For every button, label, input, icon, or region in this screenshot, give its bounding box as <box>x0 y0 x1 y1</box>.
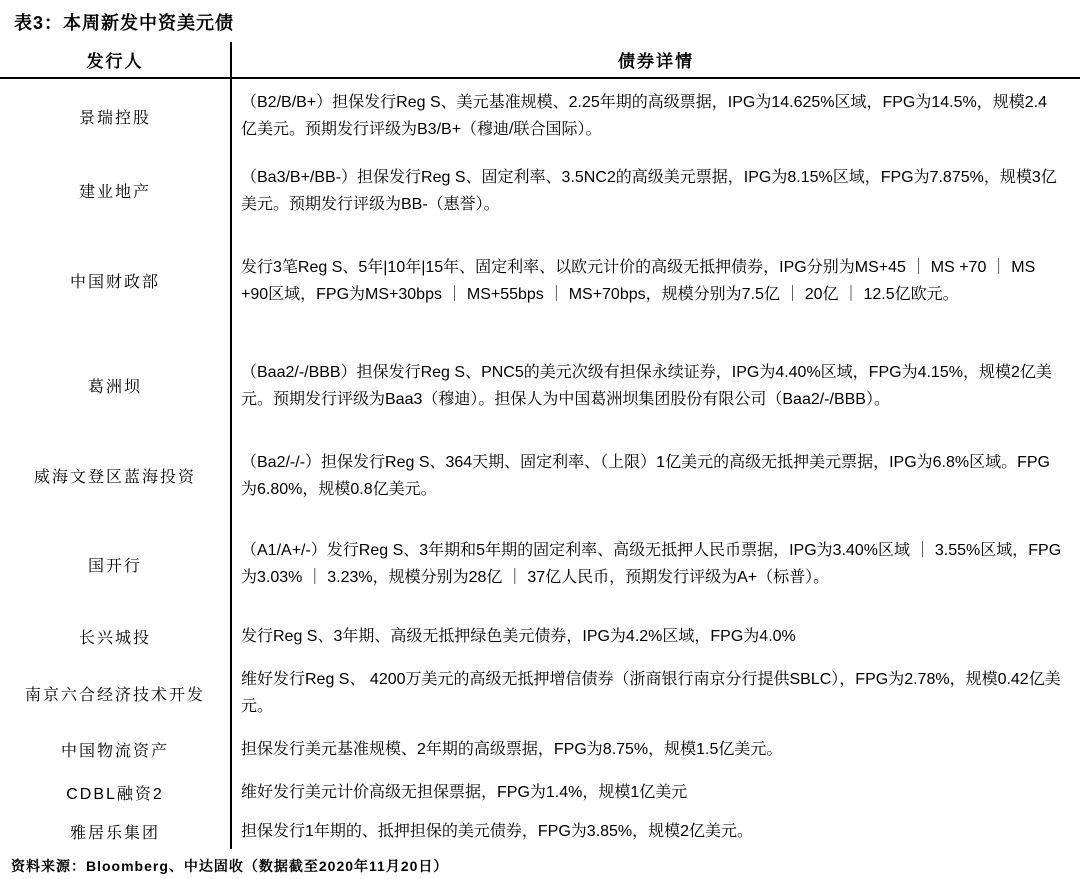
column-header-details: 债券详情 <box>231 42 1080 78</box>
issuer-cell: 中国物流资产 <box>0 728 231 771</box>
table-row: 长兴城投 发行Reg S、3年期、高级无抵押绿色美元债券，IPG为4.2%区域，… <box>0 615 1080 658</box>
issuer-cell: 国开行 <box>0 513 231 615</box>
issuer-cell: 中国财政部 <box>0 228 231 333</box>
issuer-cell: 雅居乐集团 <box>0 813 231 849</box>
table-header-row: 发行人 债券详情 <box>0 42 1080 78</box>
column-header-issuer: 发行人 <box>0 42 231 78</box>
details-cell: 担保发行1年期的、抵押担保的美元债券，FPG为3.85%，规模2亿美元。 <box>231 813 1080 849</box>
table-row: CDBL融资2 维好发行美元计价高级无担保票据，FPG为1.4%，规模1亿美元 <box>0 771 1080 813</box>
table-row: 雅居乐集团 担保发行1年期的、抵押担保的美元债券，FPG为3.85%，规模2亿美… <box>0 813 1080 849</box>
table-row: 景瑞控股 （B2/B/B+）担保发行Reg S、美元基准规模、2.25年期的高级… <box>0 78 1080 153</box>
issuer-cell: CDBL融资2 <box>0 771 231 813</box>
table-row: 国开行 （A1/A+/-）发行Reg S、3年期和5年期的固定利率、高级无抵押人… <box>0 513 1080 615</box>
table-row: 南京六合经济技术开发 维好发行Reg S、 4200万美元的高级无抵押增信债券（… <box>0 658 1080 728</box>
table-row: 中国物流资产 担保发行美元基准规模、2年期的高级票据，FPG为8.75%，规模1… <box>0 728 1080 771</box>
details-cell: （Ba2/-/-）担保发行Reg S、364天期、固定利率、（上限）1亿美元的高… <box>231 438 1080 513</box>
bond-issuance-table: 发行人 债券详情 景瑞控股 （B2/B/B+）担保发行Reg S、美元基准规模、… <box>0 42 1080 849</box>
issuer-cell: 景瑞控股 <box>0 78 231 153</box>
issuer-cell: 建业地产 <box>0 153 231 228</box>
details-cell: （Ba3/B+/BB-）担保发行Reg S、固定利率、3.5NC2的高级美元票据… <box>231 153 1080 228</box>
table-row: 葛洲坝 （Baa2/-/BBB）担保发行Reg S、PNC5的美元次级有担保永续… <box>0 333 1080 438</box>
issuer-cell: 长兴城投 <box>0 615 231 658</box>
details-cell: 维好发行Reg S、 4200万美元的高级无抵押增信债券（浙商银行南京分行提供S… <box>231 658 1080 728</box>
table-row: 威海文登区蓝海投资 （Ba2/-/-）担保发行Reg S、364天期、固定利率、… <box>0 438 1080 513</box>
report-page: 表3：本周新发中资美元债 发行人 债券详情 景瑞控股 （B2/B/B+）担保发行… <box>0 0 1080 879</box>
details-cell: 担保发行美元基准规模、2年期的高级票据，FPG为8.75%，规模1.5亿美元。 <box>231 728 1080 771</box>
details-cell: （A1/A+/-）发行Reg S、3年期和5年期的固定利率、高级无抵押人民币票据… <box>231 513 1080 615</box>
details-cell: 发行Reg S、3年期、高级无抵押绿色美元债券，IPG为4.2%区域，FPG为4… <box>231 615 1080 658</box>
issuer-cell: 南京六合经济技术开发 <box>0 658 231 728</box>
details-cell: （Baa2/-/BBB）担保发行Reg S、PNC5的美元次级有担保永续证券，I… <box>231 333 1080 438</box>
details-cell: 维好发行美元计价高级无担保票据，FPG为1.4%，规模1亿美元 <box>231 771 1080 813</box>
source-note: 资料来源：Bloomberg、中达固收（数据截至2020年11月20日） <box>0 849 1080 879</box>
details-cell: （B2/B/B+）担保发行Reg S、美元基准规模、2.25年期的高级票据，IP… <box>231 78 1080 153</box>
table-row: 中国财政部 发行3笔Reg S、5年|10年|15年、固定利率、以欧元计价的高级… <box>0 228 1080 333</box>
issuer-cell: 葛洲坝 <box>0 333 231 438</box>
page-title: 表3：本周新发中资美元债 <box>0 0 1080 42</box>
issuer-cell: 威海文登区蓝海投资 <box>0 438 231 513</box>
details-cell: 发行3笔Reg S、5年|10年|15年、固定利率、以欧元计价的高级无抵押债券，… <box>231 228 1080 333</box>
table-row: 建业地产 （Ba3/B+/BB-）担保发行Reg S、固定利率、3.5NC2的高… <box>0 153 1080 228</box>
